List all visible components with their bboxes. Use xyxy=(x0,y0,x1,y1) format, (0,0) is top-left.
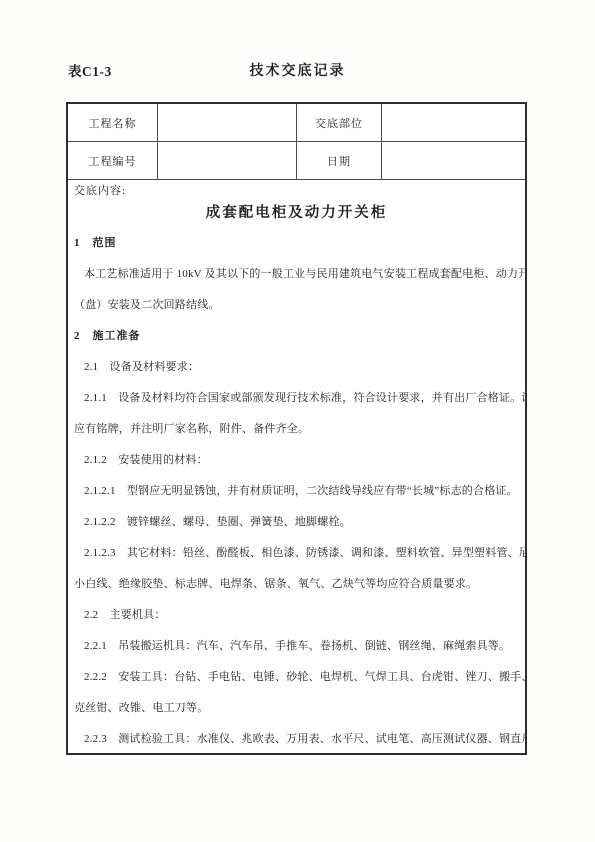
content-line: 1 范围 xyxy=(74,228,519,259)
disclosure-record-table: 工程名称 交底部位 工程编号 日期 交底内容: 成套配电柜及动力开关柜 1 范围… xyxy=(66,102,527,755)
content-line: 本工艺标准适用于 10kV 及其以下的一般工业与民用建筑电气安装工程成套配电柜、… xyxy=(74,259,519,290)
value-project-name xyxy=(158,104,297,142)
info-table: 工程名称 交底部位 工程编号 日期 xyxy=(68,104,525,180)
content-line: 2.1.2.3 其它材料：铅丝、酚醛板、相色漆、防锈漆、调和漆、塑料软管、异型塑… xyxy=(74,538,519,569)
content-line: 2.1.2.2 镀锌螺丝、螺母、垫圈、弹簧垫、地脚螺栓。 xyxy=(74,507,519,538)
content-line: 克丝钳、改锥、电工刀等。 xyxy=(74,693,519,724)
value-project-number xyxy=(158,142,297,180)
content-line: 2.2.2 安装工具：台钻、手电钻、电锤、砂轮、电焊机、气焊工具、台虎钳、锉刀、… xyxy=(74,662,519,693)
content-line: 应有铭牌，并注明厂家名称，附件、备件齐全。 xyxy=(74,414,519,445)
page-title: 技术交底记录 xyxy=(0,60,595,80)
content-line: 2 施工准备 xyxy=(74,321,519,352)
content-line: 2.1.1 设备及材料均符合国家或部颁发现行技术标准，符合设计要求，并有出厂合格… xyxy=(74,383,519,414)
label-disclosure-part: 交底部位 xyxy=(297,104,382,142)
label-project-number: 工程编号 xyxy=(68,142,158,180)
content-line: 2.1 设备及材料要求： xyxy=(74,352,519,383)
value-date xyxy=(382,142,525,180)
value-disclosure-part xyxy=(382,104,525,142)
label-project-name: 工程名称 xyxy=(68,104,158,142)
content-line: 2.2.3 测试检验工具：水准仪、兆欧表、万用表、水平尺、试电笔、高压测试仪器、… xyxy=(74,724,519,753)
document-page: 表C1-3 技术交底记录 工程名称 交底部位 工程编号 日期 交底内容: 成套配… xyxy=(0,0,595,842)
content-line: 2.1.2.1 型钢应无明显锈蚀，并有材质证明，二次结线导线应有带“长城”标志的… xyxy=(74,476,519,507)
content-line: （盘）安装及二次回路结线。 xyxy=(74,290,519,321)
content-line: 2.1.2 安装使用的材料： xyxy=(74,445,519,476)
content-title: 成套配电柜及动力开关柜 xyxy=(74,200,519,228)
content-line: 2.2.1 吊装搬运机具：汽车、汽车吊、手推车、卷扬机、倒链、钢丝绳、麻绳索具等… xyxy=(74,631,519,662)
content-cell: 交底内容: 成套配电柜及动力开关柜 1 范围本工艺标准适用于 10kV 及其以下… xyxy=(68,180,525,753)
content-line: 2.2 主要机具： xyxy=(74,600,519,631)
content-label: 交底内容: xyxy=(74,180,519,200)
content-line: 小白线、绝缘胶垫、标志牌、电焊条、锯条、氧气、乙炔气等均应符合质量要求。 xyxy=(74,569,519,600)
content-lines: 1 范围本工艺标准适用于 10kV 及其以下的一般工业与民用建筑电气安装工程成套… xyxy=(74,228,519,753)
label-date: 日期 xyxy=(297,142,382,180)
document-header: 表C1-3 技术交底记录 xyxy=(0,60,595,80)
